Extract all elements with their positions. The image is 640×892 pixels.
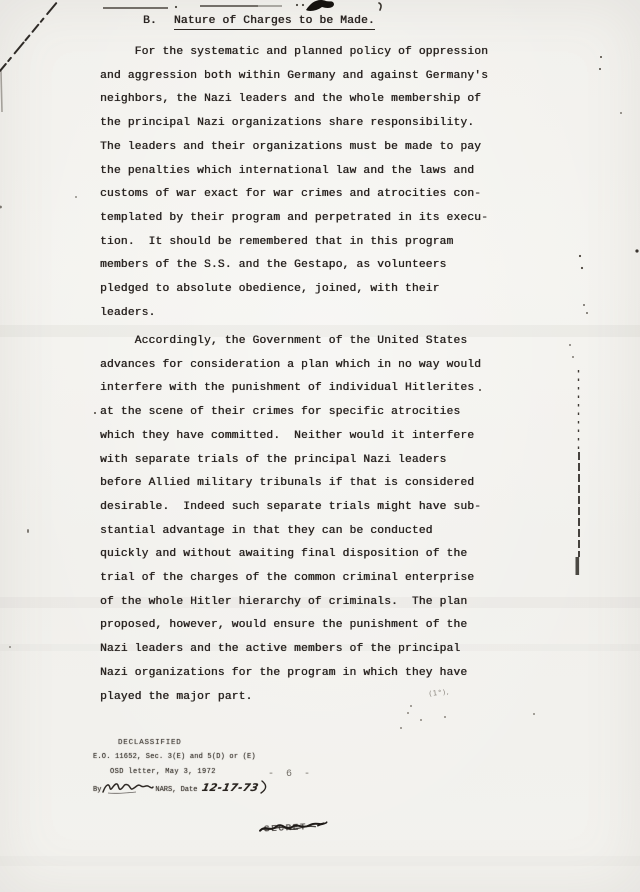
margin-dot	[579, 255, 581, 257]
stamp-signature-row: By NARS, Date 12-17-73	[93, 780, 283, 794]
signature-scribble-icon	[102, 781, 154, 795]
stamp-declassified-text: DECLASSIFIED	[118, 739, 283, 747]
section-heading: B.Nature of Charges to be Made.	[143, 15, 375, 27]
margin-dot	[599, 68, 601, 70]
section-label: B.	[143, 15, 157, 27]
margin-dot	[581, 267, 583, 269]
scan-band	[0, 856, 640, 866]
cutoff-dot	[175, 6, 177, 8]
margin-bar	[576, 557, 580, 575]
body-paragraph-2: Accordingly, the Government of the Unite…	[100, 330, 500, 709]
stray-mark	[27, 529, 29, 533]
margin-dot	[569, 344, 571, 346]
cutoff-comma	[379, 3, 381, 10]
pen-swash	[306, 0, 334, 11]
stray-dot	[9, 646, 11, 648]
pencil-speck	[407, 712, 409, 714]
scanned-document-page: B.Nature of Charges to be Made. For the …	[0, 0, 640, 892]
margin-dot	[620, 112, 622, 114]
edge-dot	[0, 206, 2, 209]
pen-flick-icon	[259, 780, 269, 794]
pencil-speck	[420, 719, 422, 721]
stray-dot	[94, 412, 96, 414]
body-paragraph-1: For the systematic and planned policy of…	[100, 41, 500, 325]
section-title: Nature of Charges to be Made.	[174, 15, 375, 30]
margin-dot	[583, 304, 585, 306]
pencil-speck	[533, 713, 535, 715]
margin-dot	[600, 56, 602, 58]
pencil-speck	[400, 727, 402, 729]
handwritten-date: 12-17-73	[201, 782, 260, 794]
margin-dot	[635, 249, 638, 252]
margin-dot	[572, 356, 574, 358]
declassification-stamp: DECLASSIFIED E.O. 11652, Sec. 3(E) and 5…	[93, 739, 283, 794]
fold-line	[0, 1, 58, 71]
stray-dot	[75, 196, 77, 198]
strike-scribble-icon	[258, 817, 329, 841]
page-number: - 6 -	[268, 769, 313, 780]
secret-stamp: SECRET	[258, 817, 329, 841]
pencil-speck	[444, 716, 446, 718]
stamp-osd-letter-text: OSD letter, May 3, 1972	[110, 768, 283, 776]
margin-dot	[586, 312, 588, 314]
stamp-nars-label: NARS, Date	[155, 786, 197, 794]
edge-smudge	[1, 71, 2, 112]
stamp-by-label: By	[93, 786, 101, 794]
cutoff-dot	[302, 4, 304, 6]
stamp-eo-text: E.O. 11652, Sec. 3(E) and 5(D) or (E)	[93, 753, 283, 761]
cutoff-dot	[296, 4, 298, 6]
